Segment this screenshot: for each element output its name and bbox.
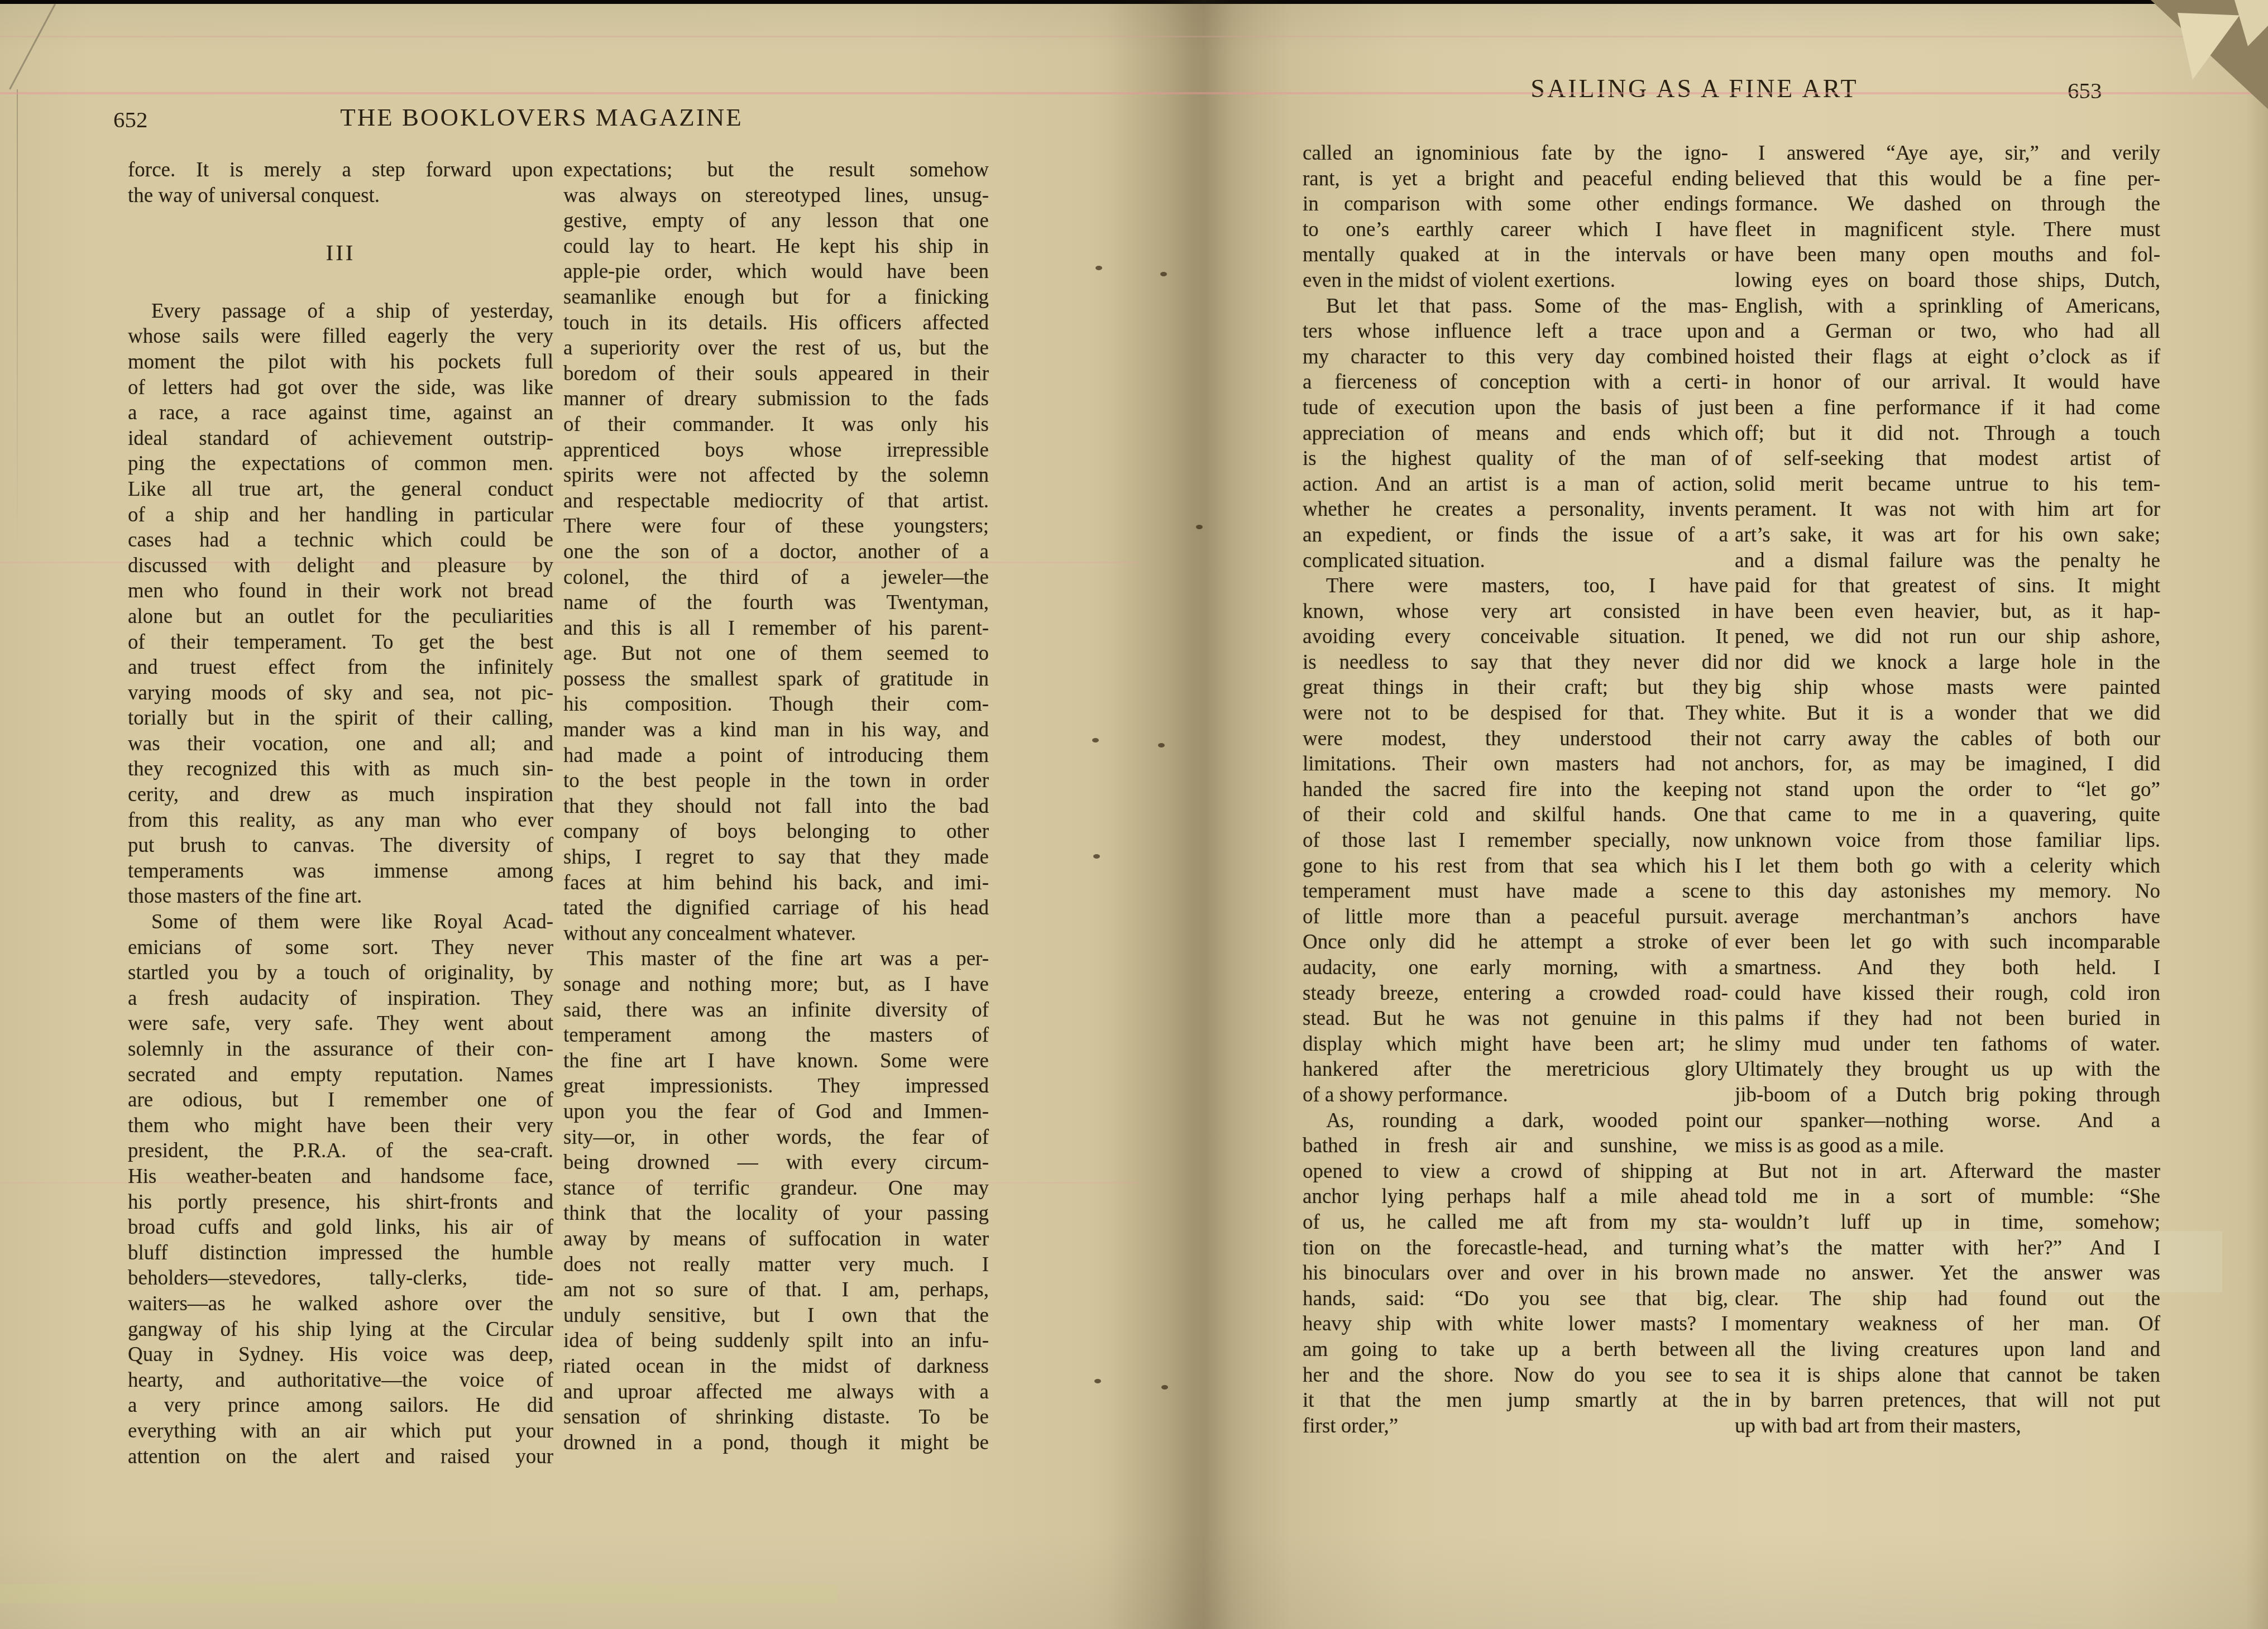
text-column-4: I answered “Aye aye, sir,” and verilybel… (1735, 141, 2160, 1439)
text-line: sea it is ships alone that cannot be tak… (1735, 1363, 2160, 1388)
text-line: everything with an air which put your (128, 1419, 553, 1444)
text-line: clear. The ship had found out the (1735, 1286, 2160, 1312)
text-line: tion on the forecastle-head, and turning (1303, 1235, 1728, 1261)
text-column-3: called an ignominious fate by the igno-r… (1303, 141, 1728, 1439)
text-line: in honor of our arrival. It would have (1735, 370, 2160, 395)
text-line: unduly sensitive, but I own that the (563, 1303, 989, 1329)
text-line: opened to view a crowd of shipping at (1303, 1159, 1728, 1185)
text-line: a fresh audacity of inspiration. They (128, 986, 553, 1012)
text-line: known, whose very art consisted in (1303, 599, 1728, 625)
text-line: faces at him behind his back, and imi- (563, 870, 989, 896)
text-line: I answered “Aye aye, sir,” and verily (1735, 141, 2160, 166)
text-line: of little more than a peaceful pursuit. (1303, 904, 1728, 930)
scanned-magazine-spread: 652 THE BOOKLOVERS MAGAZINE SAILING AS A… (0, 0, 2268, 1629)
text-line: to the best people in the town in order (563, 768, 989, 794)
text-line: is the highest quality of the man of (1303, 446, 1728, 472)
text-line: and respectable mediocrity of that artis… (563, 488, 989, 514)
text-line: But not in art. Afterward the master (1735, 1159, 2160, 1185)
paragraph: But let that pass. Some of the mas-ters … (1303, 294, 1728, 574)
text-line: secrated and empty reputation. Names (128, 1062, 553, 1088)
text-line: that they should not fall into the bad (563, 794, 989, 820)
text-line: men who found in their work not bread (128, 578, 553, 604)
text-line: art’s sake, it was art for his own sake; (1735, 523, 2160, 548)
paragraph: As, rounding a dark, wooded pointbathed … (1303, 1108, 1728, 1439)
text-line: great impressionists. They impressed (563, 1074, 989, 1099)
text-line: mentally quaked at in the intervals or (1303, 242, 1728, 268)
text-line: idea of being suddenly spilt into an inf… (563, 1328, 989, 1354)
text-line: complicated situation. (1303, 548, 1728, 574)
text-line: hearty, and authoritative—the voice of (128, 1368, 553, 1393)
text-line: Every passage of a ship of yesterday, (128, 299, 553, 324)
text-line: his portly presence, his shirt-fronts an… (128, 1190, 553, 1215)
text-line: smartness. And they both held. I (1735, 955, 2160, 981)
text-line: boredom of their souls appeared in their (563, 361, 989, 387)
text-line: cases had a technic which could be (128, 528, 553, 553)
text-line: were not to be despised for that. They (1303, 701, 1728, 726)
text-line: am not so sure of that. I am, perhaps, (563, 1277, 989, 1303)
text-line: in by barren pretences, that will not pu… (1735, 1388, 2160, 1414)
text-line: display which might have been art; he (1303, 1032, 1728, 1057)
text-line: expectations; but the result somehow (563, 157, 989, 183)
text-line: nor did we knock a large hole in the (1735, 650, 2160, 675)
text-line: company of boys belonging to other (563, 819, 989, 845)
paragraph: expectations; but the result somehowwas … (563, 157, 989, 946)
text-line: been a fine performance if it had come (1735, 395, 2160, 421)
dust-speck (1196, 525, 1203, 529)
text-line: a race, a race against time, against an (128, 400, 553, 426)
text-line: paid for that greatest of sins. It might (1735, 573, 2160, 599)
text-line: I let them both go with a celerity which (1735, 854, 2160, 879)
text-line: could have kissed their rough, cold iron (1735, 981, 2160, 1007)
text-line: waiters—as he walked ashore over the (128, 1291, 553, 1317)
text-line: anchors, for, as may be imagined, I did (1735, 751, 2160, 777)
paragraph: Some of them were like Royal Acad-emicia… (128, 909, 553, 1469)
text-line: handed the sacred fire into the keeping (1303, 777, 1728, 803)
text-line: limitations. Their own masters had not (1303, 751, 1728, 777)
text-line: even in the midst of violent exertions. (1303, 268, 1728, 294)
text-line: from this reality, as any man who ever (128, 808, 553, 833)
text-line: and truest effect from the infinitely (128, 655, 553, 681)
text-line: up with bad art from their masters, (1735, 1414, 2160, 1439)
text-line: fleet in magnificent style. There must (1735, 217, 2160, 243)
text-line: upon you the fear of God and Immen- (563, 1099, 989, 1125)
text-line: Like all true art, the general conduct (128, 477, 553, 502)
text-line: her and the shore. Now do you see to (1303, 1363, 1728, 1388)
paragraph: This master of the fine art was a per-so… (563, 946, 989, 1455)
text-line: There were masters, too, I have (1303, 573, 1728, 599)
text-line: spirits were not affected by the solemn (563, 463, 989, 488)
text-line: that came to me in a quavering, quite (1735, 802, 2160, 828)
dust-speck (1094, 1379, 1101, 1383)
text-line: hands, said: “Do you see that big, (1303, 1286, 1728, 1312)
text-line: first order,” (1303, 1414, 1728, 1439)
text-line: the fine art I have known. Some were (563, 1048, 989, 1074)
text-line: possess the smallest spark of gratitude … (563, 667, 989, 692)
text-line: have been many open mouths and fol- (1735, 242, 2160, 268)
text-line: rant, is yet a bright and peaceful endin… (1303, 166, 1728, 192)
text-line: beholders—stevedores, tally-clerks, tide… (128, 1266, 553, 1291)
text-line: was always on stereotyped lines, unsug- (563, 183, 989, 209)
text-line: His weather-beaten and handsome face, (128, 1164, 553, 1190)
dust-speck (1093, 854, 1100, 859)
text-line: sity—or, in other words, the fear of (563, 1125, 989, 1151)
text-line: lowing eyes on board those ships, Dutch, (1735, 268, 2160, 294)
text-line: gone to his rest from that sea which his (1303, 854, 1728, 879)
text-line: wouldn’t luff up in time, somehow; (1735, 1210, 2160, 1235)
text-line: put brush to canvas. The diversity of (128, 833, 553, 859)
text-line: not stand upon the order to “let go” (1735, 777, 2160, 803)
page-gutter-shadow (1108, 0, 1293, 1629)
text-line: momentary weakness of her man. Of (1735, 1311, 2160, 1337)
folded-corner (2100, 0, 2268, 128)
text-line: an expedient, or finds the issue of a (1303, 523, 1728, 548)
text-line: away by means of suffocation in water (563, 1226, 989, 1252)
text-line: of their cold and skilful hands. One (1303, 802, 1728, 828)
text-line: drowned in a pond, though it might be (563, 1430, 989, 1456)
text-line: varying moods of sky and sea, not pic- (128, 681, 553, 706)
paragraph: But not in art. Afterward the mastertold… (1735, 1159, 2160, 1439)
dust-speck (1095, 266, 1102, 270)
page-number-right: 653 (2068, 77, 2102, 104)
text-line: sonage and nothing more; but, as I have (563, 972, 989, 998)
text-line: manner of dreary submission to the fads (563, 386, 989, 412)
text-line: Once only did he attempt a stroke of (1303, 930, 1728, 955)
text-line: formance. We dashed on through the (1735, 191, 2160, 217)
text-line: to one’s earthly career which I have (1303, 217, 1728, 243)
text-line: ideal standard of achievement outstrip- (128, 426, 553, 452)
text-line: heavy ship with white lower masts? I (1303, 1311, 1728, 1337)
article-title-header: SAILING AS A FINE ART (1302, 74, 2087, 103)
text-line: a very prince among sailors. He did (128, 1393, 553, 1419)
text-line: seamanlike enough but for a finicking (563, 285, 989, 310)
text-line: of self-seeking that modest artist of (1735, 446, 2160, 472)
dust-speck (1160, 272, 1167, 276)
paragraph: called an ignominious fate by the igno-r… (1303, 141, 1728, 294)
text-line: name of the fourth was Twentyman, (563, 590, 989, 616)
text-line: were modest, they understood their (1303, 726, 1728, 752)
text-line: think that the locality of your passing (563, 1201, 989, 1226)
text-line: told me in a sort of mumble: “She (1735, 1184, 2160, 1210)
text-line: a fierceness of conception with a certi- (1303, 370, 1728, 395)
text-line: hankered after the meretricious glory (1303, 1057, 1728, 1082)
text-line: English, with a sprinkling of Americans, (1735, 294, 2160, 319)
scan-tint-band-bottom (0, 1584, 838, 1603)
text-line: it that the men jump smartly at the (1303, 1388, 1728, 1414)
text-line: slimy mud under ten fathoms of water. (1735, 1032, 2160, 1057)
text-line: of their commander. It was only his (563, 412, 989, 438)
text-line: called an ignominious fate by the igno- (1303, 141, 1728, 166)
text-line: believed that this would be a fine per- (1735, 166, 2160, 192)
text-line: action. And an artist is a man of action… (1303, 472, 1728, 497)
text-line: them who might have been their very (128, 1113, 553, 1139)
text-line: great things in their craft; but they (1303, 675, 1728, 701)
paragraph: force. It is merely a step forward upont… (128, 157, 553, 208)
text-line: ters whose influence left a trace upon (1303, 319, 1728, 344)
dust-speck (1161, 1385, 1168, 1390)
text-line: apprenticed boys whose irrepressible (563, 438, 989, 463)
text-column-2: expectations; but the result somehowwas … (563, 157, 989, 1455)
text-line: being drowned — with every circum- (563, 1150, 989, 1176)
text-line: This master of the fine art was a per- (563, 946, 989, 972)
text-line: are odious, but I remember one of (128, 1087, 553, 1113)
text-line: his binoculars over and over in his brow… (1303, 1261, 1728, 1286)
text-line: white. But it is a wonder that we did (1735, 701, 2160, 726)
text-line: alone but an outlet for the peculiaritie… (128, 604, 553, 630)
text-line: temperament among the masters of (563, 1023, 989, 1048)
text-line: miss is as good as a mile. (1735, 1133, 2160, 1159)
text-line: force. It is merely a step forward upon (128, 157, 553, 183)
text-line: without any concealment whatever. (563, 921, 989, 947)
dust-speck (1158, 743, 1165, 748)
text-line: could lay to heart. He kept his ship in (563, 234, 989, 260)
text-line: There were four of these youngsters; (563, 514, 989, 539)
text-line: anchor lying perhaps half a mile ahead (1303, 1184, 1728, 1210)
text-line: Quay in Sydney. His voice was deep, (128, 1342, 553, 1368)
text-line: tude of execution upon the basis of just (1303, 395, 1728, 421)
text-line: and uproar affected me always with a (563, 1379, 989, 1405)
text-line: ships, I regret to say that they made (563, 845, 989, 870)
text-line: ping the expectations of common men. (128, 451, 553, 477)
text-line: appreciation of means and ends which (1303, 421, 1728, 447)
text-line: audacity, one early morning, with a (1303, 955, 1728, 981)
text-line: whether he creates a personality, invent… (1303, 497, 1728, 523)
text-line: have been even heavier, but, as it hap- (1735, 599, 2160, 625)
text-line: our spanker—nothing worse. And a (1735, 1108, 2160, 1134)
text-line: age. But not one of them seemed to (563, 641, 989, 667)
section-heading: III (128, 240, 553, 266)
text-line: But let that pass. Some of the mas- (1303, 294, 1728, 319)
text-line: temperaments was immense among (128, 859, 553, 884)
text-line: not carry away the cables of both our (1735, 726, 2160, 752)
text-line: gestive, empty of any lesson that one (563, 208, 989, 234)
text-line: unknown voice from those familiar lips. (1735, 828, 2160, 854)
dust-speck (1092, 738, 1099, 742)
text-line: to this day astonishes my memory. No (1735, 879, 2160, 904)
text-line: all the living creatures upon land and (1735, 1337, 2160, 1363)
text-line: were safe, very safe. They went about (128, 1011, 553, 1037)
text-line: had made a point of introducing them (563, 743, 989, 769)
paragraph: There were masters, too, I haveknown, wh… (1303, 573, 1728, 1108)
text-line: moment the pilot with his pockets full (128, 349, 553, 375)
text-line: was their vocation, one and all; and (128, 731, 553, 757)
text-line: am going to take up a berth between (1303, 1337, 1728, 1363)
paragraph: I answered “Aye aye, sir,” and verilybel… (1735, 141, 2160, 1159)
text-line: torially but in the spirit of their call… (128, 706, 553, 731)
text-line: big ship whose masts were painted (1735, 675, 2160, 701)
text-line: apple-pie order, which would have been (563, 259, 989, 285)
text-line: solemnly in the assurance of their con- (128, 1037, 553, 1062)
text-line: and this is all I remember of his parent… (563, 616, 989, 641)
text-line: temperament must have made a scene (1303, 879, 1728, 904)
text-line: attention on the alert and raised your (128, 1444, 553, 1470)
text-line: mander was a kind man in his way, and (563, 717, 989, 743)
text-line: and a dismal failure was the penalty he (1735, 548, 2160, 574)
magazine-title-header: THE BOOKLOVERS MAGAZINE (134, 103, 949, 132)
text-line: touch in its details. His officers affec… (563, 310, 989, 336)
text-column-1: force. It is merely a step forward upont… (128, 157, 553, 1469)
text-line: Some of them were like Royal Acad- (128, 909, 553, 935)
text-line: Ultimately they brought us up with the (1735, 1057, 2160, 1082)
text-line: one the son of a doctor, another of a (563, 539, 989, 565)
text-line: what’s the matter with her?” And I (1735, 1235, 2160, 1261)
text-line: colonel, the third of a jeweler—the (563, 565, 989, 591)
text-line: steady breeze, entering a crowded road- (1303, 981, 1728, 1007)
text-line: bathed in fresh air and sunshine, we (1303, 1133, 1728, 1159)
text-line: hoisted their flags at eight o’clock as … (1735, 344, 2160, 370)
text-line: of those last I remember specially, now (1303, 828, 1728, 854)
text-line: ever been let go with such incomparable (1735, 930, 2160, 955)
text-line: average merchantman’s anchors have (1735, 904, 2160, 930)
text-line: emicians of some sort. They never (128, 935, 553, 961)
text-line: sensation of shrinking distaste. To be (563, 1405, 989, 1430)
text-line: riated ocean in the midst of darkness (563, 1354, 989, 1379)
text-line: bluff distinction impressed the humble (128, 1240, 553, 1266)
paragraph: Every passage of a ship of yesterday,who… (128, 299, 553, 909)
text-line: solid merit became untrue to his tem- (1735, 472, 2160, 497)
text-line: stead. But he was not genuine in this (1303, 1006, 1728, 1032)
text-line: a superiority over the rest of us, but t… (563, 336, 989, 361)
text-line: avoiding every conceivable situation. It (1303, 624, 1728, 650)
text-line: of a ship and her handling in particular (128, 502, 553, 528)
text-line: of a showy performance. (1303, 1082, 1728, 1108)
text-line: my character to this very day combined (1303, 344, 1728, 370)
text-line: pened, we did not run our ship ashore, (1735, 624, 2160, 650)
text-line: palms if they had not been buried in (1735, 1006, 2160, 1032)
text-line: whose sails were filled eagerly the very (128, 324, 553, 349)
text-line: those masters of the fine art. (128, 884, 553, 909)
text-line: stance of terrific grandeur. One may (563, 1176, 989, 1201)
page-edge-line (17, 89, 18, 558)
text-line: and a German or two, who had all (1735, 319, 2160, 344)
text-line: As, rounding a dark, wooded point (1303, 1108, 1728, 1134)
text-line: startled you by a touch of originality, … (128, 960, 553, 986)
text-line: tated the dignified carriage of his head (563, 895, 989, 921)
text-line: discussed with delight and pleasure by (128, 553, 553, 579)
text-line: of their temperament. To get the best (128, 630, 553, 655)
text-line: the way of universal conquest. (128, 183, 553, 209)
text-line: cerity, and drew as much inspiration (128, 782, 553, 808)
text-line: gangway of his ship lying at the Circula… (128, 1317, 553, 1343)
text-line: said, there was an infinite diversity of (563, 998, 989, 1023)
text-line: does not really matter very much. I (563, 1252, 989, 1278)
text-line: president, the P.R.A. of the sea-craft. (128, 1138, 553, 1164)
text-line: broad cuffs and gold links, his air of (128, 1215, 553, 1240)
text-line: of us, he called me aft from my sta- (1303, 1210, 1728, 1235)
text-line: his composition. Though their com- (563, 692, 989, 717)
text-line: of letters had got over the side, was li… (128, 375, 553, 401)
text-line: made no answer. Yet the answer was (1735, 1261, 2160, 1286)
text-line: off; but it did not. Through a touch (1735, 421, 2160, 447)
text-line: is needless to say that they never did (1303, 650, 1728, 675)
text-line: they recognized this with as much sin- (128, 756, 553, 782)
text-line: perament. It was not with him art for (1735, 497, 2160, 523)
text-line: jib-boom of a Dutch brig poking through (1735, 1082, 2160, 1108)
text-line: in comparison with some other endings (1303, 191, 1728, 217)
